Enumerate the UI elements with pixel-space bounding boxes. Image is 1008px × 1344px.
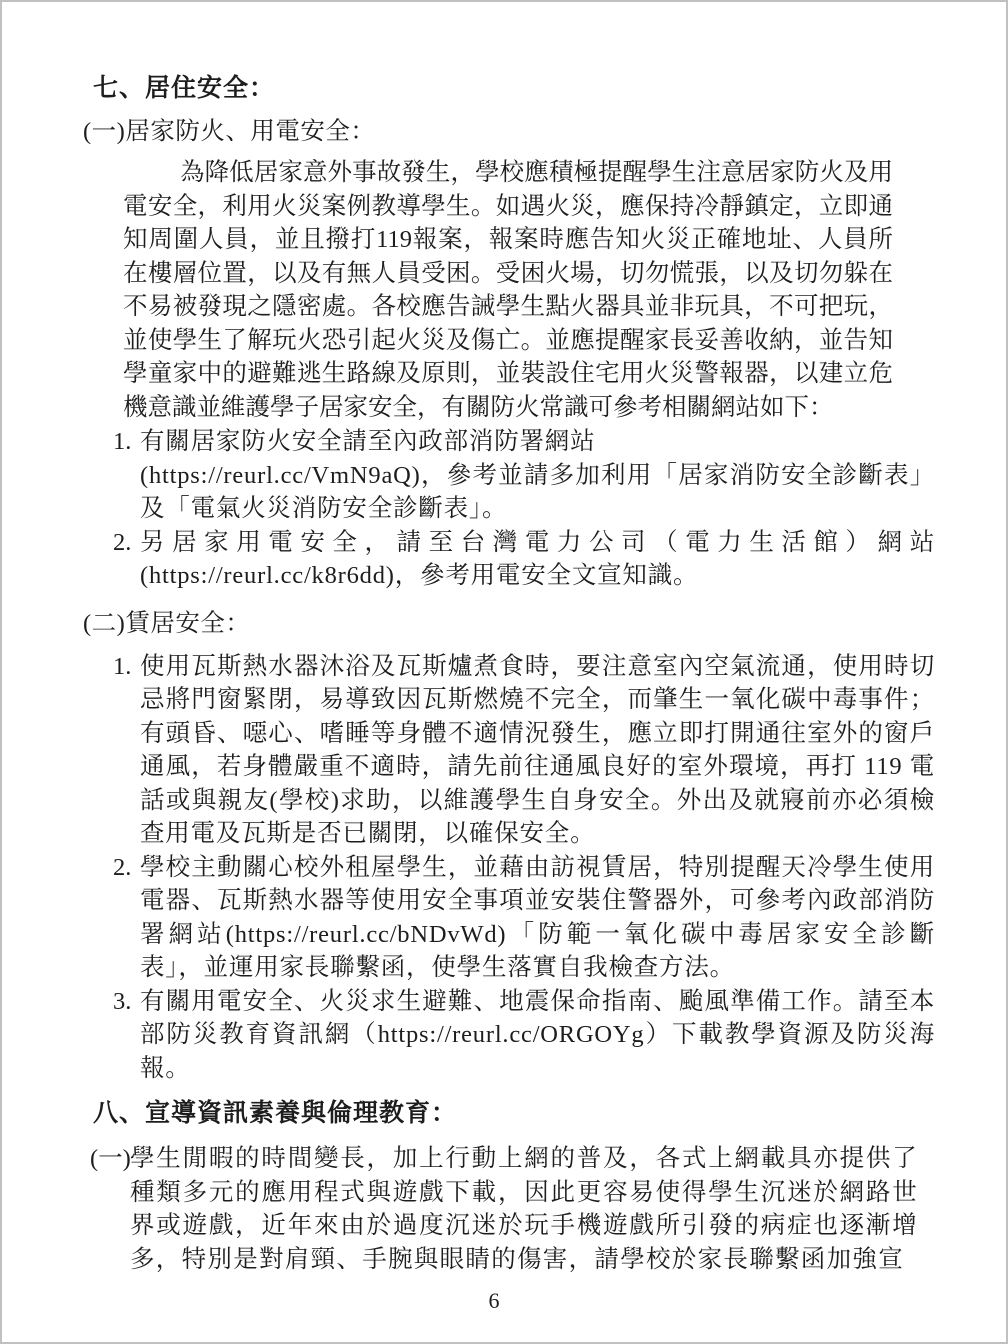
list-item-first-line: 有關居家防火安全請至內政部消防署網站 — [140, 425, 935, 459]
list-item-text: ，參考用電安全文宣知識。 — [395, 562, 699, 589]
list-item-fire-safety-website: 1. 有關居家防火安全請至內政部消防署網站 (https://reurl.cc/… — [140, 425, 935, 526]
list-marker: 1. — [113, 425, 131, 459]
subsection-title: 居家防火、用電安全： — [125, 118, 375, 145]
url-text[interactable]: (https://reurl.cc/bNDvWd) — [226, 921, 507, 948]
list-marker: 3. — [113, 985, 131, 1019]
list-item-text: 另居家用電安全，請至台灣電力公司（電力生活館）網站 — [140, 529, 935, 556]
document-page: 七、居住安全： (一)居家防火、用電安全： 為降低居家意外事故發生，學校應積極提… — [0, 0, 1008, 1344]
subsection-heading-home-fire-electric-safety: (一)居家防火、用電安全： — [83, 115, 1006, 148]
list-item-off-campus-housing: 2.學校主動關心校外租屋學生，並藉由訪視賃居，特別提醒天冷學生使用電器、瓦斯熱水… — [140, 851, 935, 985]
page-number: 6 — [0, 1286, 996, 1316]
sub-paragraph-marker: (一) — [90, 1142, 131, 1176]
section-heading-information-literacy: 八、宣導資訊素養與倫理教育： — [93, 1097, 1006, 1131]
subsection-title: 賃居安全： — [125, 610, 250, 637]
subsection-marker: (二) — [83, 610, 125, 637]
sub-paragraph-text: 學生閒暇的時間變長，加上行動上網的普及，各式上網載具亦提供了種類多元的應用程式與… — [130, 1145, 918, 1273]
section-heading-residential-safety: 七、居住安全： — [93, 72, 1006, 106]
intro-paragraph: 為降低居家意外事故發生，學校應積極提醒學生注意居家防火及用電安全，利用火災案例教… — [123, 156, 893, 424]
list-item-electric-safety-website: 2.另居家用電安全，請至台灣電力公司（電力生活館）網站(https://reur… — [140, 526, 935, 593]
list-marker: 1. — [113, 650, 131, 684]
url-text[interactable]: (https://reurl.cc/k8r6dd) — [140, 562, 395, 589]
url-text[interactable]: （https://reurl.cc/ORGOYg） — [351, 1021, 672, 1048]
list-item-gas-water-heater: 1.使用瓦斯熱水器沐浴及瓦斯爐煮食時，要注意室內空氣流通，使用時切忌將門窗緊閉，… — [140, 650, 935, 851]
url-text[interactable]: (https://reurl.cc/VmN9aQ) — [140, 462, 421, 489]
list-item-text: 使用瓦斯熱水器沐浴及瓦斯爐煮食時，要注意室內空氣流通，使用時切忌將門窗緊閉，易導… — [140, 653, 935, 848]
list-item-disaster-education: 3.有關用電安全、火災求生避難、地震保命指南、颱風準備工作。請至本部防災教育資訊… — [140, 985, 935, 1086]
subsection-heading-rental-safety: (二)賃居安全： — [83, 607, 1006, 640]
sub-paragraph-screen-time: (一)學生閒暇的時間變長，加上行動上網的普及，各式上網載具亦提供了種類多元的應用… — [130, 1142, 918, 1276]
list-item-continuation: (https://reurl.cc/VmN9aQ)，參考並請多加利用「居家消防安… — [140, 459, 935, 526]
list-marker: 2. — [113, 851, 131, 885]
list-marker: 2. — [113, 526, 131, 560]
subsection-marker: (一) — [83, 118, 125, 145]
